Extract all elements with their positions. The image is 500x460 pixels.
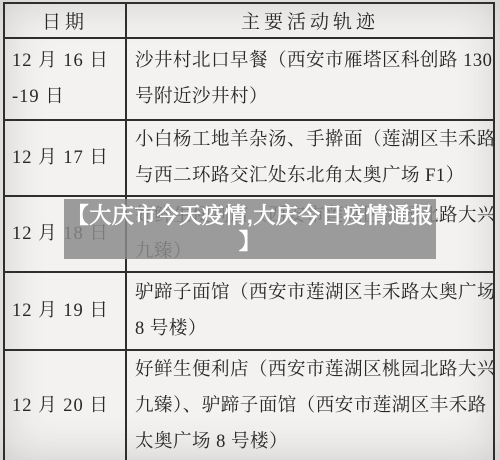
date-line: 12 月 17 日 (12, 140, 124, 176)
table-row: 12 月 20 日好鲜生便利店（西安市莲湖区桃园北路大兴九臻）、驴蹄子面馆（西安… (4, 350, 494, 460)
watermark-overlay: 【大庆市今天疫情,大庆今日疫情通报】 (64, 199, 436, 259)
activity-cell: 小白杨工地羊杂汤、手擀面（莲湖区丰禾路与西二环路交汇处东北角太奥广场 F1） (126, 120, 494, 196)
header-track: 主要活动轨迹 (126, 3, 494, 38)
activity-line: 与西二环路交汇处东北角太奥广场 F1） (135, 158, 492, 194)
date-line: 12 月 20 日 (12, 388, 124, 424)
table-row: 12 月 16 日-19 日沙井村北口早餐（西安市雁塔区科创路 130号附近沙井… (4, 38, 494, 120)
date-cell: 12 月 16 日-19 日 (4, 38, 126, 120)
table-row: 12 月 19 日驴蹄子面馆（西安市莲湖区丰禾路太奥广场8 号楼） (4, 272, 494, 350)
watermark-line: 【大庆市今天疫情,大庆今日疫情通报 (64, 203, 436, 229)
table-header-row: 日期 主要活动轨迹 (4, 3, 494, 38)
activity-line: 好鲜生便利店（西安市莲湖区桃园北路大兴 (135, 352, 492, 388)
date-line: 12 月 16 日 (12, 43, 124, 79)
activity-line: 九臻）、驴蹄子面馆（西安市莲湖区丰禾路 (135, 388, 492, 424)
watermark-line: 】 (64, 229, 436, 255)
table-row: 12 月 17 日小白杨工地羊杂汤、手擀面（莲湖区丰禾路与西二环路交汇处东北角太… (4, 120, 494, 196)
activity-cell: 沙井村北口早餐（西安市雁塔区科创路 130号附近沙井村） (126, 38, 494, 120)
date-line: 12 月 19 日 (12, 293, 124, 329)
activity-line: 小白杨工地羊杂汤、手擀面（莲湖区丰禾路 (135, 122, 492, 158)
watermark-text: 【大庆市今天疫情,大庆今日疫情通报】 (64, 203, 436, 255)
date-cell: 12 月 19 日 (4, 272, 126, 350)
activity-line: 驴蹄子面馆（西安市莲湖区丰禾路太奥广场 (135, 275, 492, 311)
activity-line: 沙井村北口早餐（西安市雁塔区科创路 130 (135, 43, 492, 79)
activity-line: 8 号楼） (135, 311, 492, 347)
activity-cell: 好鲜生便利店（西安市莲湖区桃园北路大兴九臻）、驴蹄子面馆（西安市莲湖区丰禾路太奥… (126, 350, 494, 460)
activity-line: 太奥广场 8 号楼） (135, 424, 492, 460)
activity-cell: 驴蹄子面馆（西安市莲湖区丰禾路太奥广场8 号楼） (126, 272, 494, 350)
activity-line: 号附近沙井村） (135, 79, 492, 115)
header-date: 日期 (4, 3, 126, 38)
date-cell: 12 月 17 日 (4, 120, 126, 196)
date-cell: 12 月 20 日 (4, 350, 126, 460)
document-photo: 日期 主要活动轨迹 12 月 16 日-19 日沙井村北口早餐（西安市雁塔区科创… (0, 0, 500, 460)
date-line: -19 日 (12, 79, 124, 115)
